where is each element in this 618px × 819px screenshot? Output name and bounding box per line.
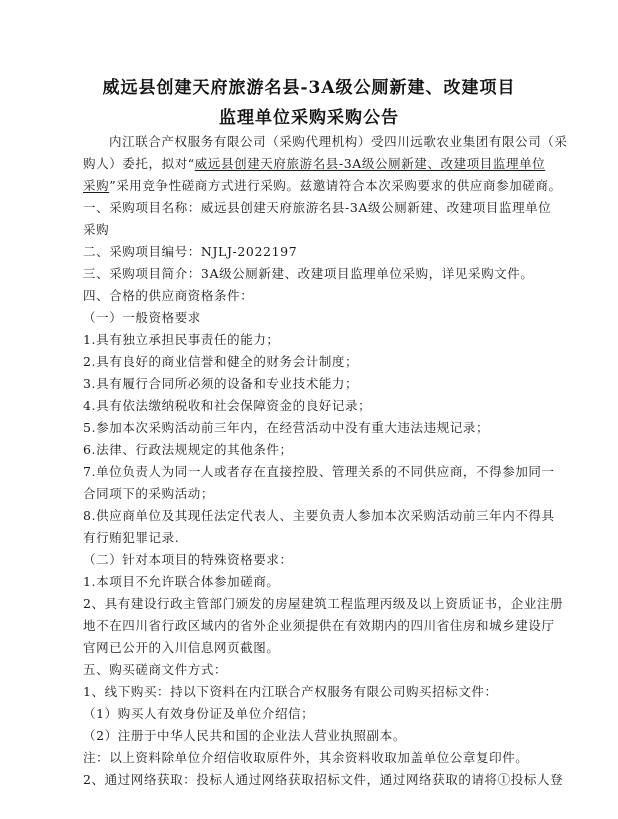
general-requirements-heading: （一）一般资格要求 — [83, 307, 538, 329]
document-title-line-2: 监理单位采购采购公告 — [0, 103, 618, 128]
online-purchase: 2、通过网络获取：投标人通过网络获取招标文件，通过网络获取的请将①投标人登 — [83, 769, 538, 791]
general-item-7-line-2: 合同项下的采购活动； — [83, 483, 538, 505]
intro-line-3: 采购”采用竞争性磋商方式进行采购。兹邀请符合本次采购要求的供应商参加磋商。 — [83, 175, 538, 197]
offline-purchase: 1、线下购买：持以下资料在内江联合产权服务有限公司购买招标文件： — [83, 681, 538, 703]
special-item-2-line-3: 官网已公开的入川信息网页截图。 — [83, 637, 538, 659]
offline-item-2: （2）注册于中华人民共和国的企业法人营业执照副本。 — [83, 725, 538, 747]
special-item-1: 1.本项目不允许联合体参加磋商。 — [83, 571, 538, 593]
general-item-3: 3.具有履行合同所必须的设备和专业技术能力； — [83, 373, 538, 395]
section-4-heading: 四、合格的供应商资格条件： — [83, 285, 538, 307]
project-name-underlined-end: 采购 — [83, 178, 109, 193]
intro-line-1: 内江联合产权服务有限公司（采购代理机构）受四川远歌农业集团有限公司（采 — [83, 131, 538, 153]
general-item-7-line-1: 7.单位负责人为同一人或者存在直接控股、管理关系的不同供应商，不得参加同一 — [83, 461, 538, 483]
project-name-underlined: 威远县创建天府旅游名县-3A级公厕新建、改建项目监理单位 — [195, 156, 546, 171]
section-2-project-number: 二、采购项目编号：NJLJ-2022197 — [83, 241, 538, 263]
general-item-5: 5.参加本次采购活动前三年内，在经营活动中没有重大违法违规记录； — [83, 417, 538, 439]
special-requirements-heading: （二）针对本项目的特殊资格要求： — [83, 549, 538, 571]
special-item-2-line-1: 2、具有建设行政主管部门颁发的房屋建筑工程监理丙级及以上资质证书，企业注册 — [83, 593, 538, 615]
special-item-2-line-2: 地不在四川省行政区域内的省外企业须提供在有效期内的四川省住房和城乡建设厅 — [83, 615, 538, 637]
general-item-8-line-1: 8.供应商单位及其现任法定代表人、主要负责人参加本次采购活动前三年内不得具 — [83, 505, 538, 527]
intro-line-3-suffix: ”采用竞争性磋商方式进行采购。兹邀请符合本次采购要求的供应商参加磋商。 — [109, 178, 561, 193]
general-item-1: 1.具有独立承担民事责任的能力； — [83, 329, 538, 351]
section-1-line-2: 采购 — [83, 219, 538, 241]
section-3-summary: 三、采购项目简介：3A级公厕新建、改建项目监理单位采购，详见采购文件。 — [83, 263, 538, 285]
intro-line-2: 购人）委托，拟对“威远县创建天府旅游名县-3A级公厕新建、改建项目监理单位 — [83, 153, 538, 175]
section-1-line-1: 一、采购项目名称：威远县创建天府旅游名县-3A级公厕新建、改建项目监理单位 — [83, 197, 538, 219]
section-5-heading: 五、购买磋商文件方式： — [83, 659, 538, 681]
document-page: 威远县创建天府旅游名县-3A级公厕新建、改建项目 监理单位采购采购公告 内江联合… — [0, 0, 618, 819]
general-item-6: 6.法律、行政法规规定的其他条件； — [83, 439, 538, 461]
note: 注：以上资料除单位介绍信收取原件外，其余资料收取加盖单位公章复印件。 — [83, 747, 538, 769]
general-item-2: 2.具有良好的商业信誉和健全的财务会计制度； — [83, 351, 538, 373]
document-title-line-1: 威远县创建天府旅游名县-3A级公厕新建、改建项目 — [0, 73, 618, 98]
offline-item-1: （1）购买人有效身份证及单位介绍信； — [83, 703, 538, 725]
general-item-8-line-2: 有行贿犯罪记录. — [83, 527, 538, 549]
intro-line-2-prefix: 购人）委托，拟对“ — [83, 156, 195, 171]
general-item-4: 4.具有依法缴纳税收和社会保障资金的良好记录； — [83, 395, 538, 417]
document-body: 内江联合产权服务有限公司（采购代理机构）受四川远歌农业集团有限公司（采 购人）委… — [83, 131, 538, 791]
